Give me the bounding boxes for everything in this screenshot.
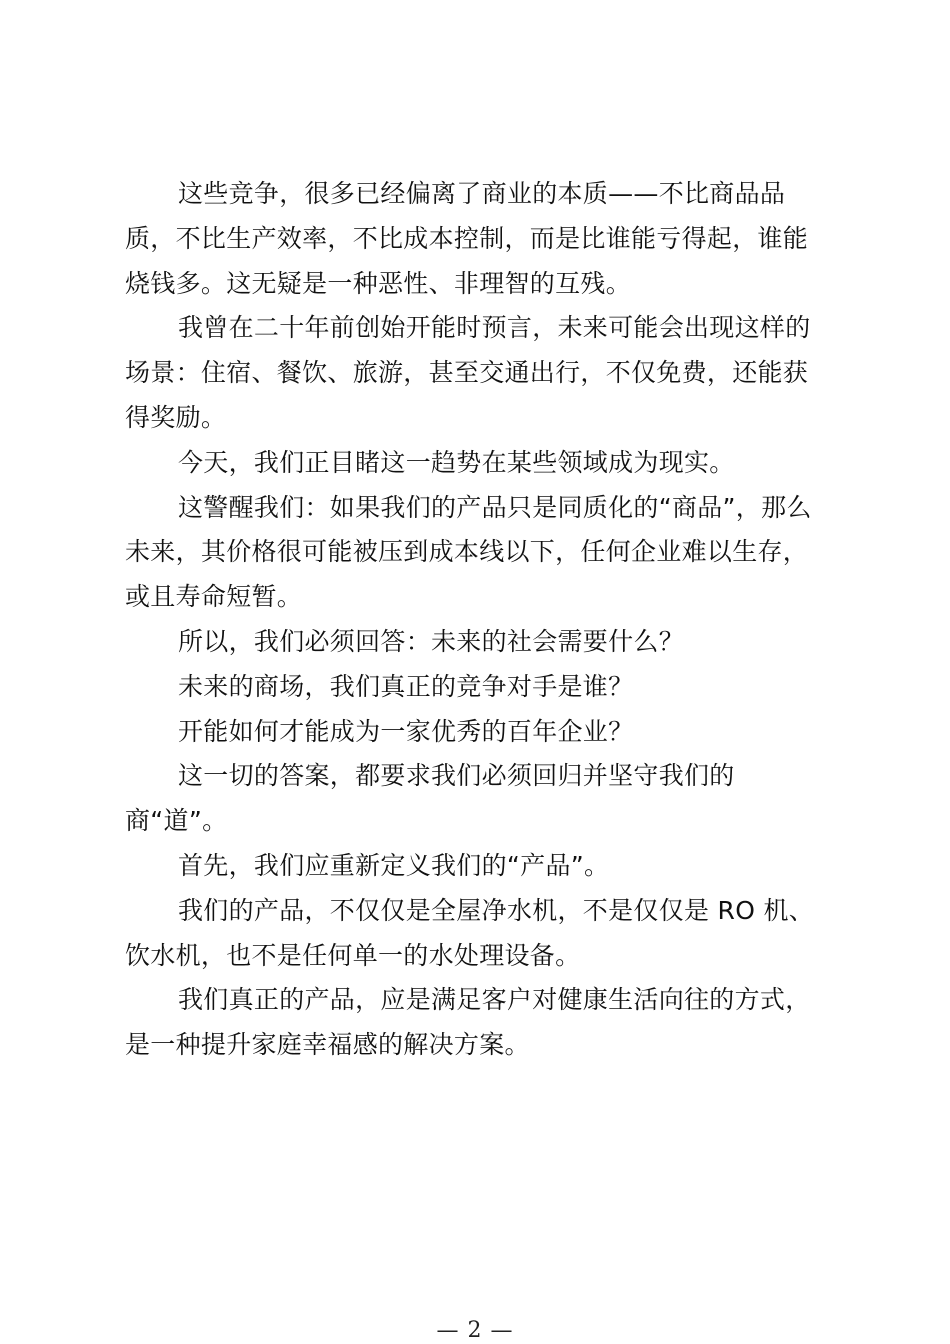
text-line: 我曾在二十年前创始开能时预言，未来可能会出现这样的 <box>125 306 825 351</box>
text-line: 我们真正的产品，应是满足客户对健康生活向往的方式， <box>125 978 825 1023</box>
text-line: 未来，其价格很可能被压到成本线以下，任何企业难以生存， <box>125 530 825 575</box>
text-line: 场景：住宿、餐饮、旅游，甚至交通出行，不仅免费，还能获 <box>125 351 825 396</box>
text-line: 今天，我们正目睹这一趋势在某些领域成为现实。 <box>125 441 825 486</box>
text-line: 这一切的答案，都要求我们必须回归并坚守我们的 <box>125 754 825 799</box>
text-line: 烧钱多。这无疑是一种恶性、非理智的互残。 <box>125 262 825 307</box>
page-number: — 2 — <box>0 1318 950 1343</box>
text-line: 首先，我们应重新定义我们的“产品”。 <box>125 844 825 889</box>
text-line: 我们的产品，不仅仅是全屋净水机，不是仅仅是 RO 机、 <box>125 889 825 934</box>
text-line: 是一种提升家庭幸福感的解决方案。 <box>125 1023 825 1068</box>
text-line: 商“道”。 <box>125 799 825 844</box>
document-body: 这些竞争，很多已经偏离了商业的本质——不比商品品 质，不比生产效率，不比成本控制… <box>125 172 825 1068</box>
text-line: 饮水机，也不是任何单一的水处理设备。 <box>125 934 825 979</box>
text-line: 这些竞争，很多已经偏离了商业的本质——不比商品品 <box>125 172 825 217</box>
text-line: 或且寿命短暂。 <box>125 575 825 620</box>
text-line: 所以，我们必须回答：未来的社会需要什么？ <box>125 620 825 665</box>
document-page: 这些竞争，很多已经偏离了商业的本质——不比商品品 质，不比生产效率，不比成本控制… <box>0 0 950 1344</box>
text-line: 未来的商场，我们真正的竞争对手是谁？ <box>125 665 825 710</box>
text-line: 得奖励。 <box>125 396 825 441</box>
text-line: 这警醒我们：如果我们的产品只是同质化的“商品”，那么 <box>125 486 825 531</box>
text-line: 质，不比生产效率，不比成本控制，而是比谁能亏得起，谁能 <box>125 217 825 262</box>
text-line: 开能如何才能成为一家优秀的百年企业？ <box>125 710 825 755</box>
